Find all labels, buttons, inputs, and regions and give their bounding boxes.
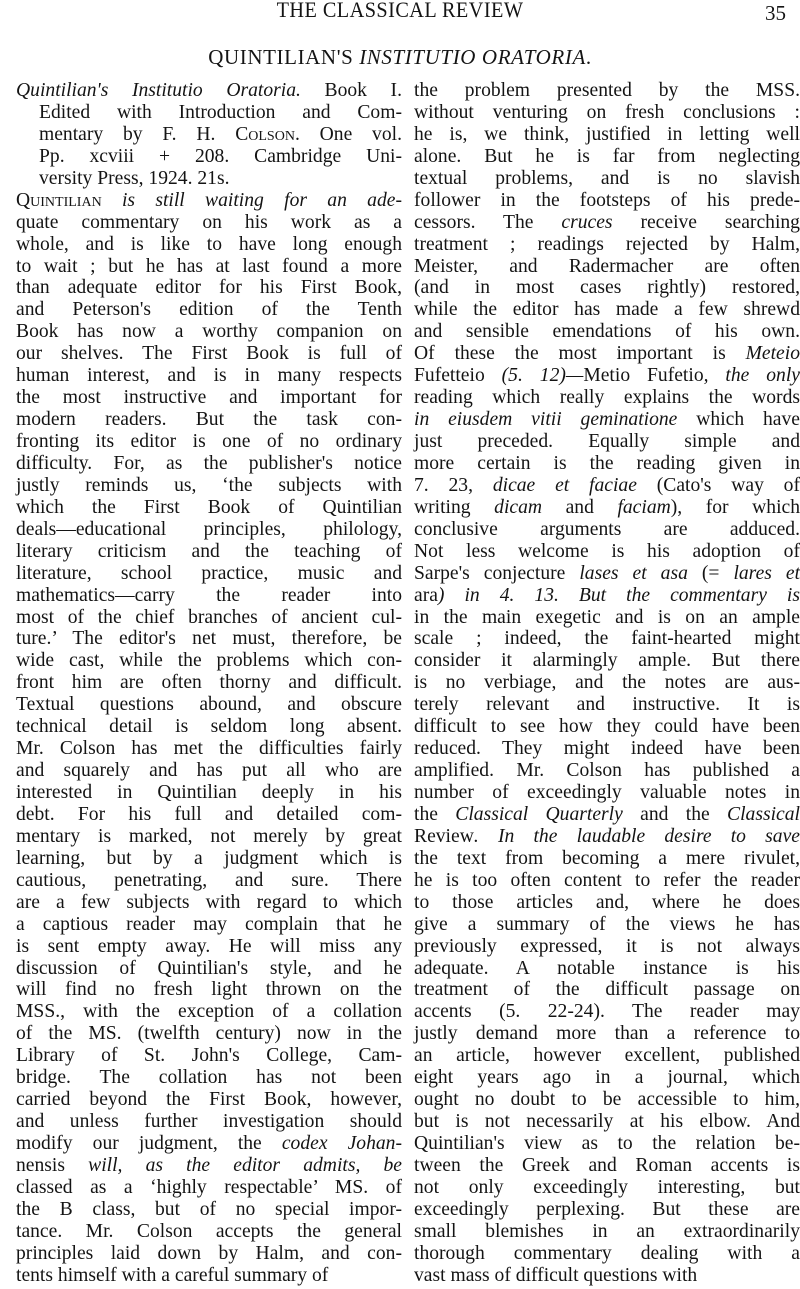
citation-editor-name: Colson xyxy=(235,124,295,145)
text-line: consider it alarmingly ample. But there xyxy=(414,650,800,672)
citation-text: mentary by F. H. xyxy=(39,124,235,145)
text-line: Sarpe's conjecture lases et asa (= lares… xyxy=(414,563,800,585)
text-line: classed as a ‘highly respectable’ MS. of xyxy=(16,1177,402,1199)
text-line: modern readers. But the task con- xyxy=(16,409,402,431)
citation-line: Quintilian's Institutio Oratoria. Book I… xyxy=(16,80,402,102)
text-line: thorough commentary dealing with a xyxy=(414,1243,800,1265)
text-line: treatment ; readings rejected by Halm, xyxy=(414,234,800,256)
text-line: nensis will, as the editor admits, be xyxy=(16,1155,402,1177)
text-line: eight years ago in a journal, which xyxy=(414,1067,800,1089)
text-line: small blemishes in an extraordinarily xyxy=(414,1221,800,1243)
text-line: and unless further investigation should xyxy=(16,1111,402,1133)
text-line: Of these the most important is Meteio xyxy=(414,343,800,365)
citation-text: Edited with Introduction and Com- xyxy=(39,102,402,123)
text-line: (and in most cases rightly) restored, xyxy=(414,277,800,299)
text-line: quate commentary on his work as a xyxy=(16,212,402,234)
text-line: front him are often thorny and difficult… xyxy=(16,672,402,694)
text-line: justly demand more than a reference to xyxy=(414,1023,800,1045)
left-body-text: Quintilian is still waiting for an ade-q… xyxy=(16,190,402,1287)
text-line: 7. 23, dicae et faciae (Cato's way of xyxy=(414,475,800,497)
book-citation: Quintilian's Institutio Oratoria. Book I… xyxy=(16,80,402,190)
text-line: technical detail is seldom long absent. xyxy=(16,716,402,738)
text-line: exceedingly perplexing. But these are xyxy=(414,1199,800,1221)
text-line: more certain is the reading given in xyxy=(414,453,800,475)
text-line: scale ; indeed, the faint-hearted might xyxy=(414,628,800,650)
text-line: learning, but by a judgment which is xyxy=(16,848,402,870)
text-line: the most instructive and important for xyxy=(16,387,402,409)
citation-line: Edited with Introduction and Com- xyxy=(16,102,402,124)
text-line: he is, we think, justified in letting we… xyxy=(414,124,800,146)
text-line: and Peterson's edition of the Tenth xyxy=(16,299,402,321)
text-line: difficult to see how they could have bee… xyxy=(414,716,800,738)
article-title-italic: INSTITUTIO ORATORIA xyxy=(359,45,586,69)
text-line: is no verbiage, and the notes are aus- xyxy=(414,672,800,694)
text-line: Textual questions abound, and obscure xyxy=(16,694,402,716)
text-line: follower in the footsteps of his prede- xyxy=(414,190,800,212)
text-line: alone. But he is far from neglecting xyxy=(414,146,800,168)
text-line: is sent empty away. He will miss any xyxy=(16,936,402,958)
text-line: deals—educational principles, philology, xyxy=(16,519,402,541)
citation-text: Pp. xcviii + 208. Cambridge Uni- xyxy=(39,146,402,167)
left-column: Quintilian's Institutio Oratoria. Book I… xyxy=(16,80,402,1287)
citation-line: versity Press, 1924. 21s. xyxy=(16,168,402,190)
text-line: ture.’ The editor's net must, therefore,… xyxy=(16,628,402,650)
text-line: tents himself with a careful summary of xyxy=(16,1265,402,1287)
text-line: Meister, and Radermacher are often xyxy=(414,256,800,278)
text-line: Review. In the laudable desire to save xyxy=(414,826,800,848)
text-line: an article, however excellent, published xyxy=(414,1045,800,1067)
text-line: reading which really explains the words xyxy=(414,387,800,409)
citation-text: . One vol. xyxy=(295,124,402,145)
text-line: number of exceedingly valuable notes in xyxy=(414,782,800,804)
text-line: just preceded. Equally simple and xyxy=(414,431,800,453)
text-line: the problem presented by the MSS. xyxy=(414,80,800,102)
text-line: literary criticism and the teaching of xyxy=(16,541,402,563)
text-line: reduced. They might indeed have been xyxy=(414,738,800,760)
article-title-end: . xyxy=(586,45,592,69)
text-line: but is not necessarily at his elbow. And xyxy=(414,1111,800,1133)
text-line: the Classical Quarterly and the Classica… xyxy=(414,804,800,826)
text-line: tance. Mr. Colson accepts the general xyxy=(16,1221,402,1243)
text-line: adequate. A notable instance is his xyxy=(414,958,800,980)
text-line: which the First Book of Quintilian xyxy=(16,497,402,519)
text-line: and sensible emendations of his own. xyxy=(414,321,800,343)
running-head: THE CLASSICAL REVIEW 35 xyxy=(0,0,800,26)
text-line: previously expressed, it is not always xyxy=(414,936,800,958)
text-line: bridge. The collation has not been xyxy=(16,1067,402,1089)
text-line: wide cast, while the problems which con- xyxy=(16,650,402,672)
journal-title: THE CLASSICAL REVIEW xyxy=(32,0,768,23)
page-number: 35 xyxy=(765,1,786,26)
text-line: than adequate editor for his First Book, xyxy=(16,277,402,299)
text-line: give a summary of the views he has xyxy=(414,914,800,936)
text-line: treatment of the difficult passage on xyxy=(414,979,800,1001)
text-line: cautious, penetrating, and sure. There xyxy=(16,870,402,892)
text-line: Quintilian's view as to the relation be- xyxy=(414,1133,800,1155)
citation-text: versity Press, 1924. 21s. xyxy=(39,168,230,189)
text-line: carried beyond the First Book, however, xyxy=(16,1089,402,1111)
text-line: human interest, and is in many respects xyxy=(16,365,402,387)
text-line: not only exceedingly interesting, but xyxy=(414,1177,800,1199)
text-line: Not less welcome is his adoption of xyxy=(414,541,800,563)
text-line: MSS., with the exception of a collation xyxy=(16,1001,402,1023)
text-line: will find no fresh light thrown on the xyxy=(16,979,402,1001)
text-line: literature, school practice, music and xyxy=(16,563,402,585)
text-line: interested in Quintilian deeply in his xyxy=(16,782,402,804)
text-line: vast mass of difficult questions with xyxy=(414,1265,800,1287)
text-line: and squarely and has put all who are xyxy=(16,760,402,782)
text-line: difficulty. For, as the publisher's noti… xyxy=(16,453,402,475)
text-line: the text from becoming a mere rivulet, xyxy=(414,848,800,870)
citation-book-title: Quintilian's Institutio Oratoria. xyxy=(16,80,301,101)
text-line: Quintilian is still waiting for an ade- xyxy=(16,190,402,212)
article-title: QUINTILIAN'S INSTITUTIO ORATORIA. xyxy=(0,45,800,70)
text-line: cessors. The cruces receive searching xyxy=(414,212,800,234)
text-line: writing dicam and faciam), for which xyxy=(414,497,800,519)
right-column: the problem presented by the MSS.without… xyxy=(414,80,800,1287)
citation-line: Pp. xcviii + 208. Cambridge Uni- xyxy=(16,146,402,168)
text-line: of the MS. (twelfth century) now in the xyxy=(16,1023,402,1045)
text-line: whole, and is like to have long enough xyxy=(16,234,402,256)
text-line: Mr. Colson has met the difficulties fair… xyxy=(16,738,402,760)
text-line: Library of St. John's College, Cam- xyxy=(16,1045,402,1067)
citation-line: mentary by F. H. Colson. One vol. xyxy=(16,124,402,146)
text-line: ought no doubt to be accessible to him, xyxy=(414,1089,800,1111)
text-line: conclusive arguments are adduced. xyxy=(414,519,800,541)
text-line: mathematics—carry the reader into xyxy=(16,585,402,607)
text-line: he is too often content to refer the rea… xyxy=(414,870,800,892)
text-line: mentary is marked, not merely by great xyxy=(16,826,402,848)
text-line: textual problems, and is no slavish xyxy=(414,168,800,190)
text-line: the B class, but of no special impor- xyxy=(16,1199,402,1221)
text-line: amplified. Mr. Colson has published a xyxy=(414,760,800,782)
text-line: discussion of Quintilian's style, and he xyxy=(16,958,402,980)
text-line: debt. For his full and detailed com- xyxy=(16,804,402,826)
text-line: modify our judgment, the codex Johan- xyxy=(16,1133,402,1155)
text-line: justly reminds us, ‘the subjects with xyxy=(16,475,402,497)
text-line: fronting its editor is one of no ordinar… xyxy=(16,431,402,453)
text-line: to wait ; but he has at last found a mor… xyxy=(16,256,402,278)
text-line: ara) in 4. 13. But the commentary is xyxy=(414,585,800,607)
text-line: principles laid down by Halm, and con- xyxy=(16,1243,402,1265)
citation-text: Book I. xyxy=(301,80,402,101)
text-line: in eiusdem vitii geminatione which have xyxy=(414,409,800,431)
text-line: Book has now a worthy companion on xyxy=(16,321,402,343)
text-line: to those articles and, where he does xyxy=(414,892,800,914)
text-line: most of the chief branches of ancient cu… xyxy=(16,607,402,629)
text-line: in the main exegetic and is on an ample xyxy=(414,607,800,629)
article-title-plain: QUINTILIAN'S xyxy=(208,45,359,69)
text-line: a captious reader may complain that he xyxy=(16,914,402,936)
text-line: while the editor has made a few shrewd xyxy=(414,299,800,321)
text-line: tween the Greek and Roman accents is xyxy=(414,1155,800,1177)
text-line: Fufetteio (5. 12)—Metio Fufetio, the onl… xyxy=(414,365,800,387)
text-line: are a few subjects with regard to which xyxy=(16,892,402,914)
text-line: our shelves. The First Book is full of xyxy=(16,343,402,365)
text-line: terely relevant and instructive. It is xyxy=(414,694,800,716)
right-body-text: the problem presented by the MSS.without… xyxy=(414,80,800,1287)
text-line: accents (5. 22-24). The reader may xyxy=(414,1001,800,1023)
text-line: without venturing on fresh conclusions : xyxy=(414,102,800,124)
